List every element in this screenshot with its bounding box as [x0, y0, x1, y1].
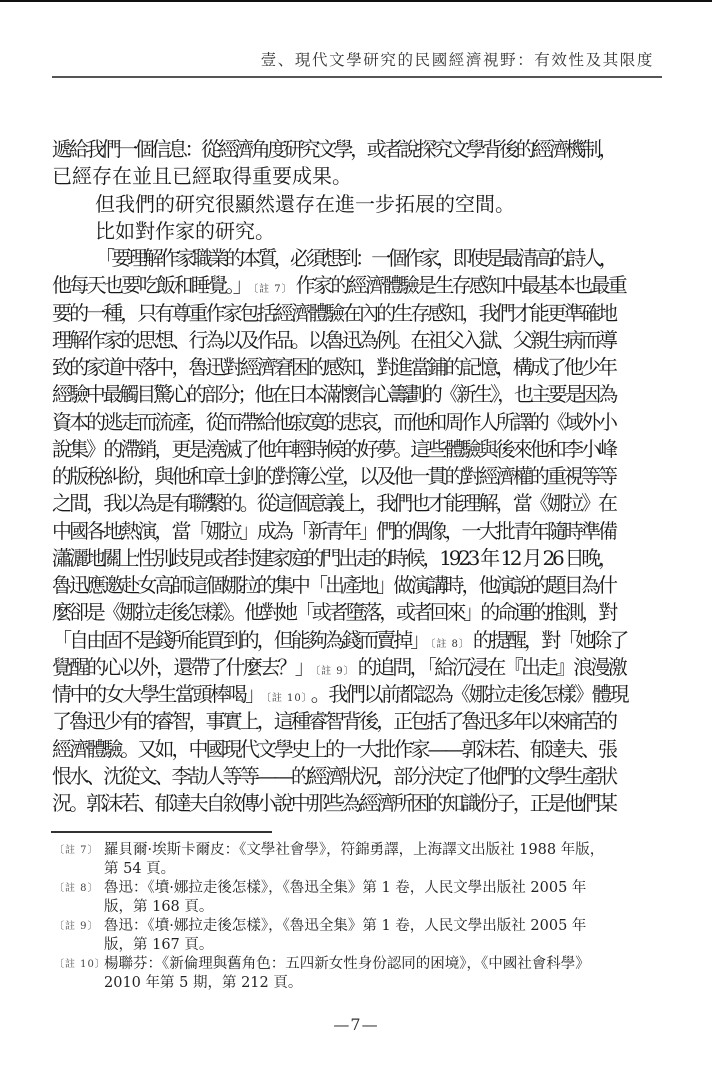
footnote: 〔註 7〕羅貝爾·埃斯卡爾皮：《文學社會學》，符錦勇譯，上海譯文出版社 1988… [54, 841, 616, 879]
body-line-text: 作家的經濟體驗是生存感知中最基本也最重 [296, 273, 625, 297]
footnote-text: 版，第 168 頁。 [104, 898, 616, 917]
body-line: 比如對作家的研究。 [52, 218, 615, 245]
body-line: 情中的女大學生當頭棒喝」〔註 10〕。我們以前都認為《娜拉走後怎樣》體現 [52, 681, 615, 708]
body-line: 中國各地熱演，當「娜拉」成為「新青年」們的偶像，一大批青年隨時準備 [52, 518, 615, 545]
running-head: 壹、現代文學研究的民國經濟視野：有效性及其限度 [261, 48, 654, 70]
body-line: 「要理解作家職業的本質，必須想到：一個作家，即使是最清高的詩人， [52, 245, 615, 272]
body-line: 了魯迅少有的睿智，事實上，這種睿智背後，正包括了魯迅多年以來痛苦的 [52, 708, 615, 735]
body-line: 的版稅糾紛，與他和章士釗的對簿公堂，以及他一貫的對經濟權的重視等等 [52, 463, 615, 490]
footnote-text: 楊聯芬：《新倫理與舊角色：五四新女性身份認同的困境》，《中國社會科學》 [104, 955, 616, 974]
page-number: —7— [0, 1015, 712, 1034]
header-rule [52, 76, 662, 78]
body-line-text: 的追問，「給沉浸在『出走』浪漫激 [358, 655, 625, 679]
footnote-marker: 〔註 9〕 [54, 917, 99, 936]
body-line: 遞給我們一個信息：從經濟角度研究文學，或者說探究文學背後的經濟機制， [52, 136, 615, 163]
body-line: 資本的逃走而流產，從而帶給他寂寞的悲哀，而他和周作人所譯的《域外小 [52, 409, 615, 436]
body-line: 恨水、沈從文、李劼人等等——的經濟狀況，部分決定了他們的文學生產狀 [52, 763, 615, 790]
body-text: 遞給我們一個信息：從經濟角度研究文學，或者說探究文學背後的經濟機制，已經存在並且… [52, 136, 615, 817]
body-line: 麼卻是《娜拉走後怎樣》。他對她「或者墮落，或者回來」的命運的推測，對 [52, 599, 615, 626]
footnote-marker: 〔註 10〕 [54, 955, 106, 974]
footnote-text: 魯迅：《墳·娜拉走後怎樣》，《魯迅全集》第 1 卷，人民文學出版社 2005 年 [104, 917, 616, 936]
body-line-text: 情中的女大學生當頭棒喝」 [52, 682, 263, 706]
body-line: 覺醒的心以外，還帶了什麼去？」〔註 9〕的追問，「給沉浸在『出走』浪漫激 [52, 654, 615, 681]
footnote-reference[interactable]: 〔註 7〕 [253, 284, 293, 295]
footnote-reference[interactable]: 〔註 10〕 [266, 693, 308, 704]
footnote-text: 魯迅：《墳·娜拉走後怎樣》，《魯迅全集》第 1 卷，人民文學出版社 2005 年 [104, 879, 616, 898]
body-line: 況。郭沫若、郁達夫自敘傳小說中那些為經濟所困的知識份子，正是他們某 [52, 790, 615, 817]
footnote-text: 羅貝爾·埃斯卡爾皮：《文學社會學》，符錦勇譯，上海譯文出版社 1988 年版， [104, 841, 616, 860]
body-line: 已經存在並且已經取得重要成果。 [52, 163, 615, 190]
body-line: 之間，我以為是有聯繫的。從這個意義上，我們也才能理解，當《娜拉》在 [52, 490, 615, 517]
footnote-reference[interactable]: 〔註 9〕 [315, 666, 355, 677]
page-top-border [0, 0, 712, 2]
body-line: 他每天也要吃飯和睡覺。」〔註 7〕作家的經濟體驗是生存感知中最基本也最重 [52, 272, 615, 299]
footnote-marker: 〔註 7〕 [54, 841, 99, 860]
body-line: 經驗中最觸目驚心的部分；他在日本滿懷信心籌劃的《新生》，也主要是因為 [52, 381, 615, 408]
footnote-rule [51, 831, 272, 833]
body-line: 瀟灑地關上性別歧見或者封建家庭的門出走的時候，1923 年 12 月 26 日晚… [52, 545, 615, 572]
body-line: 魯迅應邀赴女高師這個娜拉的集中「出產地」做演講時，他演說的題目為什 [52, 572, 615, 599]
body-line: 致的家道中落中，魯迅對經濟窘困的感知，對進當鋪的記憶，構成了他少年 [52, 354, 615, 381]
body-line-text: 覺醒的心以外，還帶了什麼去？」 [52, 655, 312, 679]
body-line-text: 。我們以前都認為《娜拉走後怎樣》體現 [311, 682, 627, 706]
body-line: 「自由固不是錢所能買到的，但能夠為錢而賣掉」〔註 8〕的提醒，對「她除了 [52, 627, 615, 654]
body-line: 但我們的研究很顯然還存在進一步拓展的空間。 [52, 191, 615, 218]
footnote-text: 版，第 167 頁。 [104, 936, 616, 955]
footnote-text: 2010 年第 5 期，第 212 頁。 [104, 974, 616, 993]
footnote: 〔註 8〕魯迅：《墳·娜拉走後怎樣》，《魯迅全集》第 1 卷，人民文學出版社 2… [54, 879, 616, 917]
footnote: 〔註 9〕魯迅：《墳·娜拉走後怎樣》，《魯迅全集》第 1 卷，人民文學出版社 2… [54, 917, 616, 955]
body-line: 要的一種，只有尊重作家包括經濟體驗在內的生存感知，我們才能更準確地 [52, 300, 615, 327]
footnote: 〔註 10〕楊聯芬：《新倫理與舊角色：五四新女性身份認同的困境》，《中國社會科學… [54, 955, 616, 993]
body-line: 經濟體驗。又如，中國現代文學史上的一大批作家——郭沫若、郁達夫、張 [52, 736, 615, 763]
body-line-text: 他每天也要吃飯和睡覺。」 [52, 273, 250, 297]
footnotes: 〔註 7〕羅貝爾·埃斯卡爾皮：《文學社會學》，符錦勇譯，上海譯文出版社 1988… [54, 841, 616, 993]
body-line: 說集》的滯銷，更是澆滅了他年輕時候的好夢。這些體驗與後來他和李小峰 [52, 436, 615, 463]
body-line-text: 「自由固不是錢所能買到的，但能夠為錢而賣掉」 [52, 628, 427, 652]
footnote-text: 第 54 頁。 [104, 860, 616, 879]
body-line: 理解作家的思想、行為以及作品。以魯迅為例。在祖父入獄、父親生病而導 [52, 327, 615, 354]
body-line-text: 的提醒，對「她除了 [473, 628, 627, 652]
footnote-reference[interactable]: 〔註 8〕 [430, 639, 470, 650]
footnote-marker: 〔註 8〕 [54, 879, 99, 898]
